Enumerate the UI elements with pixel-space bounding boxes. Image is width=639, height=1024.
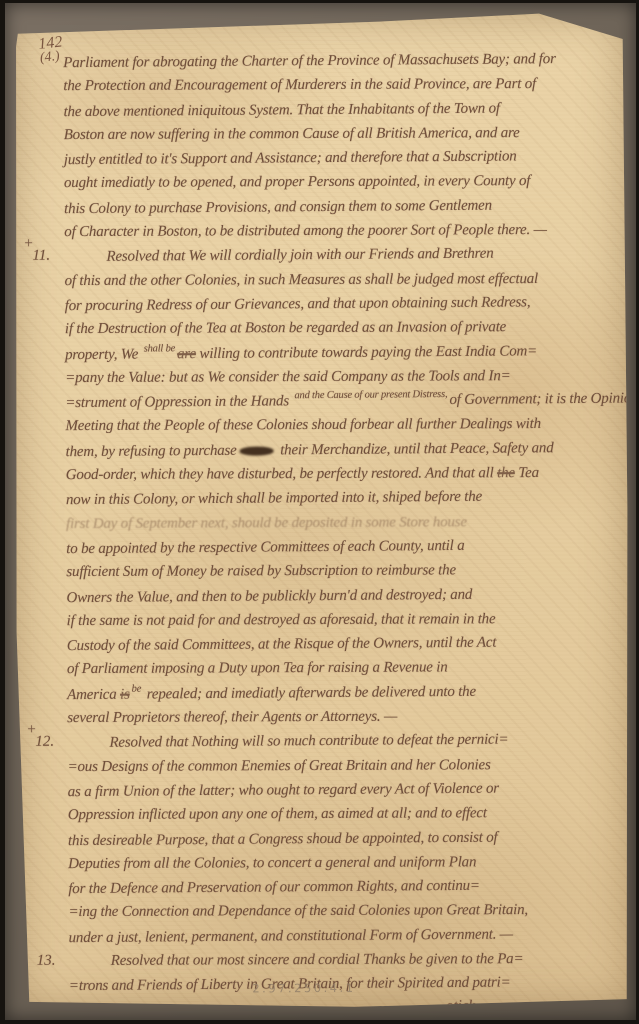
manuscript-line: Meeting that the People of these Colonie…: [65, 412, 621, 439]
manuscript-line: ought imediatly to be opened, and proper…: [64, 169, 620, 196]
manuscript-line: the above mentioned iniquitous System. T…: [63, 95, 619, 124]
struck-word: the: [497, 465, 515, 481]
manuscript-line: this desireable Purpose, that a Congress…: [68, 824, 624, 853]
ink-blot: [240, 446, 274, 455]
manuscript-line: America isbe repealed; and imediatly aft…: [67, 678, 623, 707]
manuscript-page: 142 (4.) Parliament for abrogating the C…: [11, 11, 631, 1011]
manuscript-line: Deputies from all the Colonies, to conce…: [68, 849, 624, 876]
manuscript-line: now in this Colony, or which shall be im…: [66, 484, 622, 513]
manuscript-line: property, We shall beare willing to cont…: [65, 338, 621, 367]
manuscript-line: =pany the Value: but as We consider the …: [65, 364, 621, 391]
manuscript-line: if the same is not paid for and destroye…: [67, 606, 623, 633]
item-number: 12.: [35, 734, 54, 751]
manuscript-line: this Colony to purchase Provisions, and …: [64, 192, 620, 221]
interlinear-insertion: and the Cause of our present Distress,: [294, 389, 447, 401]
manuscript-line: Resolved that We will cordially join wit…: [64, 241, 620, 270]
manuscript-paragraph: +11.Resolved that We will cordially join…: [64, 242, 623, 731]
manuscript-line: =ous Designs of the common Enemies of Gr…: [68, 752, 624, 779]
manuscript-paragraph: +12.Resolved that Nothing will so much c…: [67, 727, 624, 949]
struck-word: are: [177, 346, 196, 362]
struck-word: is: [120, 686, 130, 702]
manuscript-line: the Protection and Encouragement of Murd…: [63, 72, 619, 99]
manuscript-line: sufficient Sum of Money be raised by Sub…: [66, 558, 622, 585]
manuscript-line: Boston are now suffering in the common C…: [64, 121, 620, 148]
manuscript-text: Parliament for abrogating the Charter of…: [11, 11, 631, 1011]
interlinear-insertion: be: [132, 683, 142, 694]
manuscript-line: them, by refusing to purchase their Merc…: [66, 435, 622, 464]
manuscript-line: of Parliament imposing a Duty upon Tea f…: [67, 655, 623, 682]
manuscript-line: first Day of September next, should be d…: [66, 509, 622, 536]
manuscript-line: Oppression inflicted upon any one of the…: [68, 801, 624, 828]
manuscript-line: if the Destruction of the Tea at Boston …: [65, 315, 621, 342]
manuscript-paragraph: Parliament for abrogating the Charter of…: [63, 47, 620, 245]
item-number: 11.: [32, 248, 50, 265]
manuscript-line: Owners the Value, and then to be publick…: [66, 581, 622, 610]
manuscript-line: =ing the Connection and Dependance of th…: [68, 898, 624, 925]
manuscript-line: as a firm Union of the latter; who ought…: [68, 775, 624, 804]
manuscript-line: of this and the other Colonies, in such …: [65, 266, 621, 293]
interlinear-insertion: shall be: [144, 343, 175, 354]
item-number: 13.: [37, 953, 56, 970]
manuscript-line: Resolved that Nothing will so much contr…: [67, 727, 623, 756]
